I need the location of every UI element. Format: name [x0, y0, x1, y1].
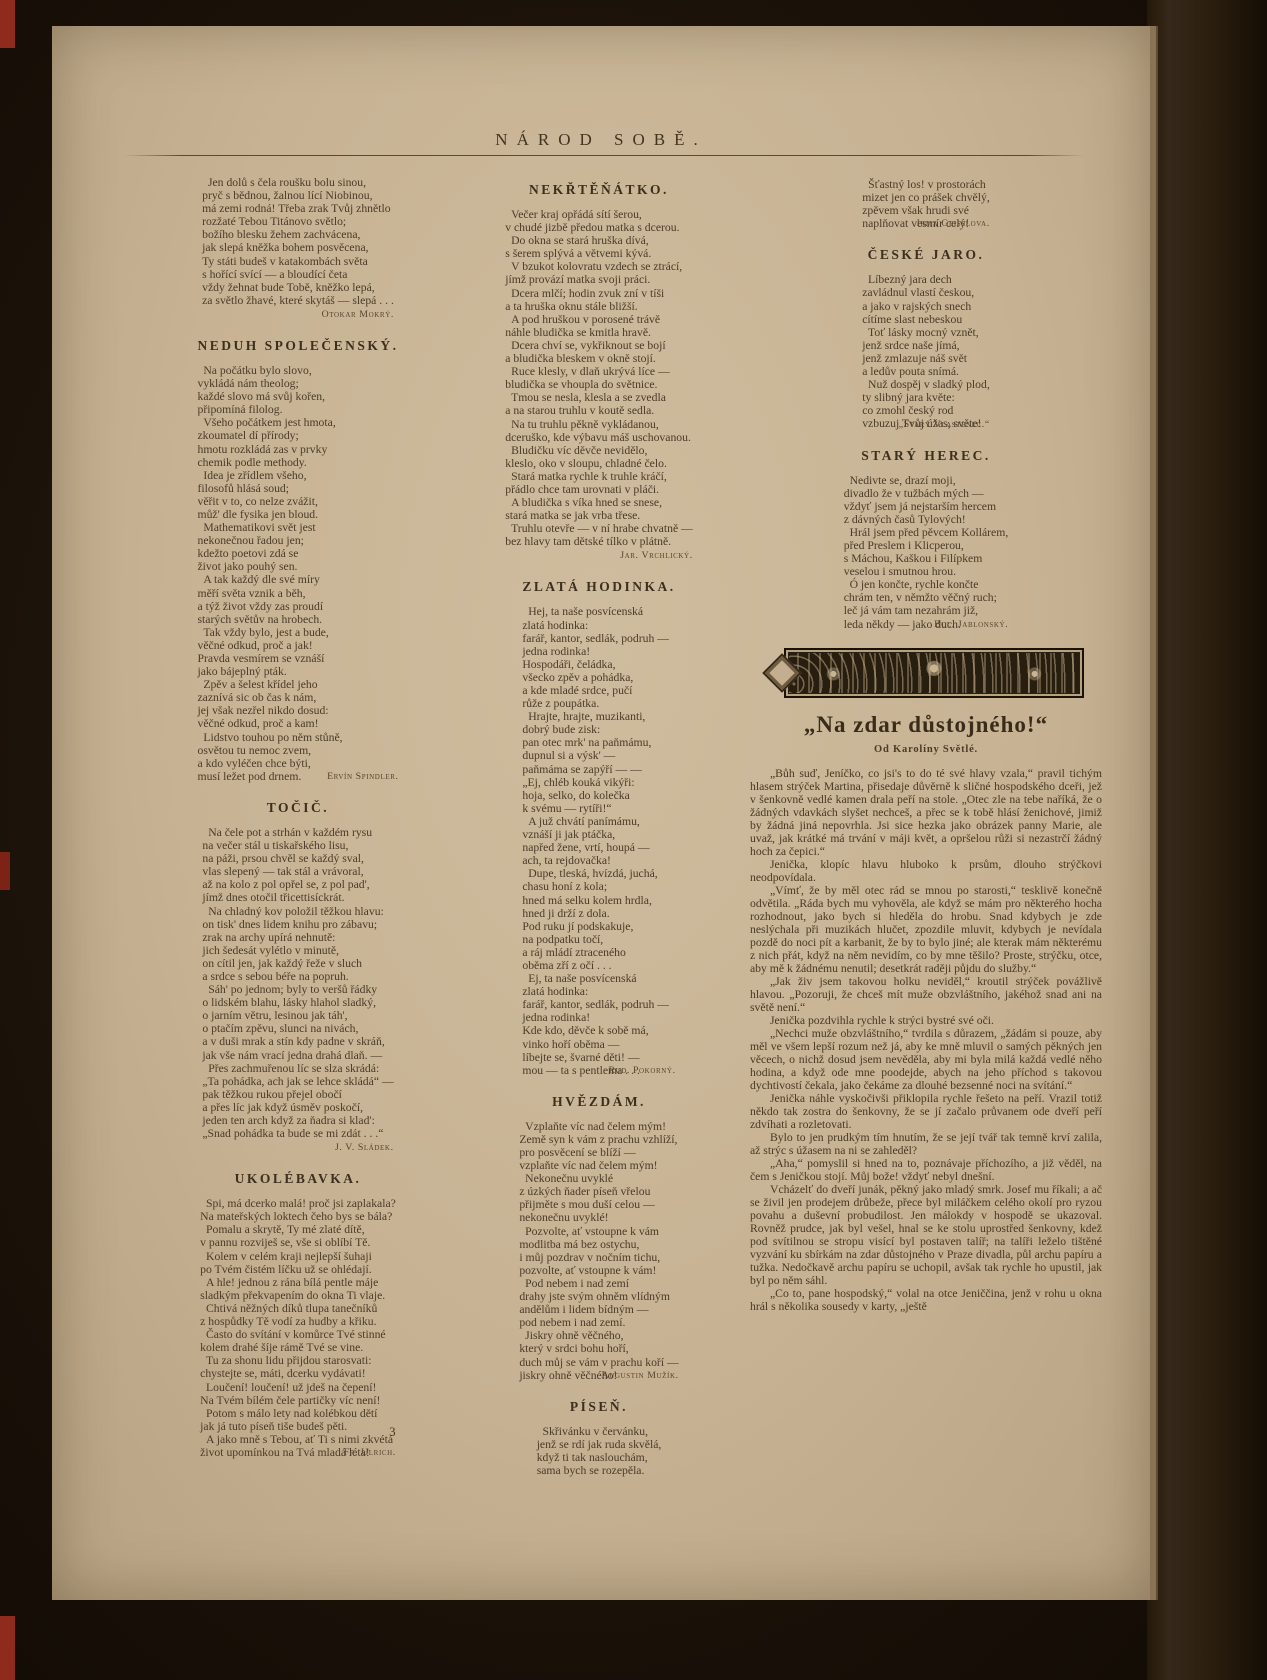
- poem-line: Šťastný los! v prostorách: [862, 178, 990, 191]
- poem-line: Potom s málo lety nad kolébkou dětí: [200, 1407, 396, 1420]
- poem-line: jeden ten arch když za ňadra si klad':: [202, 1114, 393, 1127]
- poem-line: Země syn k vám z prachu vzhlíží,: [519, 1133, 678, 1146]
- poem-line: „Ej, chléb kouká vikýři:: [522, 776, 675, 789]
- poem-line: A tak každý dle své míry: [197, 573, 398, 586]
- poem-line: a ráj mládí ztraceného: [522, 946, 675, 959]
- poem-section: ZLATÁ HODINKA. Hej, ta naše posvícenskáz…: [522, 579, 675, 1075]
- poem-line: Na tu truhlu pěkně vykládanou,: [505, 418, 693, 431]
- poem-line: po Tvém čistém líčku už se ohlédají.: [200, 1263, 396, 1276]
- poem-line: on cítil jen, jak každý řeže v sluch: [202, 957, 393, 970]
- poem-author: J. V. Sládek.: [202, 1142, 393, 1153]
- poem-line: růže z poupátka.: [522, 697, 675, 710]
- poem-line: jenž srdce naše jímá,: [862, 339, 990, 352]
- story-paragraph: „Aha,“ pomyslil si hned na to, poznávaje…: [750, 1157, 1102, 1183]
- poem-line: Do okna se stará hruška dívá,: [505, 234, 693, 247]
- poem-line: kleslo, oko v sloupu, chladné čelo.: [505, 457, 693, 470]
- poem-line: a ta hruška oknu stále bližší.: [505, 300, 693, 313]
- poem-line: Dupe, tleská, hvízdá, juchá,: [522, 867, 675, 880]
- poem-line: jej však nezřel nikdo dosud:: [197, 704, 398, 717]
- poem-line: zpěvem však hrudi své: [862, 204, 990, 217]
- poem-section: Šťastný los! v prostoráchmizet jen co pr…: [862, 178, 990, 229]
- poem-line: osvětou tu nemoc zvem,: [197, 744, 398, 757]
- poem-line: vzplaňte víc nad čelem mým!: [519, 1159, 678, 1172]
- poem-line: Ty státi budeš v katakombách světa: [202, 255, 394, 268]
- poem-line: s hořící svící — a bloudící četa: [202, 268, 394, 281]
- poem-line: božího blesku žehem zachvácena,: [202, 228, 394, 241]
- story-byline: Od Karolíny Světlé.: [750, 744, 1102, 755]
- poem-line: zaznívá sic ob čas k nám,: [197, 691, 398, 704]
- story-paragraph: Jenička, klopíc hlavu hluboko k prsům, d…: [750, 858, 1102, 884]
- poem-line: Dcera mlčí; hodin zvuk zní v tíši: [505, 287, 693, 300]
- poem-line: Ej, ta naše posvícenská: [522, 972, 675, 985]
- poem-line: stará matka se jak vrba třese.: [505, 509, 693, 522]
- poem-line: Líbezný jara dech: [862, 273, 990, 286]
- poem-line: starých světův na hrobech.: [197, 613, 398, 626]
- poem-line: vždyť jsem já nejstarším hercem: [844, 500, 1009, 513]
- poem-line: veselou i smutnou hrou.: [844, 565, 1009, 578]
- poem-line: dupnul si a výsk' —: [522, 749, 675, 762]
- poem-line: Jiskry ohně věčného,: [519, 1329, 678, 1342]
- poem-line: a týž život vždy zas proudí: [197, 600, 398, 613]
- poem-line: Tmou se nesla, klesla a se zvedla: [505, 391, 693, 404]
- poem-line: který v srdci bohu hoří,: [519, 1342, 678, 1355]
- poem-line: hned má selku kolem hrdla,: [522, 894, 675, 907]
- story-paragraph: Jenička pozdvihla rychle k strýci bystré…: [750, 1014, 1102, 1027]
- page-number: 3: [52, 1424, 733, 1440]
- poem-line: jich šedesát vylétlo v minutě,: [202, 944, 393, 957]
- poem-line: „Ta pohádka, ach jak se lehce skládá“ —: [202, 1075, 393, 1088]
- poem-author: Otokar Mokrý.: [202, 309, 394, 320]
- story-paragraph: „Jak živ jsem takovou holku neviděl,“ kr…: [750, 975, 1102, 1014]
- poem-line: Chtivá něžných díků tlupa tanečníků: [200, 1302, 396, 1315]
- poem-line: a jako v rajských snech: [862, 300, 990, 313]
- poem-line: hmotu rozkládá zas v prvky: [197, 443, 398, 456]
- column-3: Šťastný los! v prostoráchmizet jen co pr…: [750, 178, 1102, 1313]
- poem-line: kdežto poetovi zdá se: [197, 547, 398, 560]
- book-spine-mark: [0, 1616, 15, 1680]
- poem-line: jako bájeplný pták.: [197, 665, 398, 678]
- poem-line: v pannu rozviješ se, vše si oblíbí Tě.: [200, 1236, 396, 1249]
- column-2: NEKŘTĚŇÁTKO. Večer kraj opřádá sítí šero…: [452, 176, 746, 1495]
- poem-line: Večer kraj opřádá sítí šerou,: [505, 208, 693, 221]
- poem-section: NEDUH SPOLEČENSKÝ. Na počátku bylo slovo…: [197, 338, 398, 782]
- poem-line: A pod hruškou v porosené trávě: [505, 313, 693, 326]
- poem-title: ČESKÉ JARO.: [862, 247, 990, 263]
- book-spine-mark: [0, 852, 10, 890]
- poem-line: hoja, selko, do kolečka: [522, 789, 675, 802]
- poem-line: i můj pozdrav v nočním tichu,: [519, 1251, 678, 1264]
- poem-line: farář, kantor, sedlák, podruh —: [522, 632, 675, 645]
- poem-line: modlitba má bez ostychu,: [519, 1238, 678, 1251]
- poem-line: Kolem v celém kraji nejlepší šuhaji: [200, 1250, 396, 1263]
- poem-line: chrám ten, v němžto věčný ruch;: [844, 591, 1009, 604]
- poem-line: Přes zachmuřenou líc se slza skrádá:: [202, 1062, 393, 1075]
- poem-line: o jarním větru, lesinou jak táh',: [202, 1009, 393, 1022]
- poem-title: ZLATÁ HODINKA.: [522, 579, 675, 595]
- poem-line: a ledův pouta snímá.: [862, 365, 990, 378]
- poem-line: farář, kantor, sedlák, podruh —: [522, 998, 675, 1011]
- poem-line: přijměte s mou duší celou —: [519, 1198, 678, 1211]
- poem-line: Nekonečnu uvyklé: [519, 1172, 678, 1185]
- poem-line: měří světa vznik a běh,: [197, 587, 398, 600]
- poem-section: NEKŘTĚŇÁTKO. Večer kraj opřádá sítí šero…: [505, 182, 693, 561]
- poem-line: Hospodáři, čeládka,: [522, 658, 675, 671]
- poem-line: Kde kdo, děvče k sobě má,: [522, 1024, 675, 1037]
- poem-line: a bludička bleskem v okně stojí.: [505, 352, 693, 365]
- poem-line: Nuž dospěj v sladký plod,: [862, 378, 990, 391]
- poem-line: z úzkých ňader píseň vřelou: [519, 1185, 678, 1198]
- poem-line: mizet jen co prášek chvělý,: [862, 191, 990, 204]
- poem-title: TOČIČ.: [202, 800, 393, 816]
- poem-line: bludička se vhoupla do světnice.: [505, 378, 693, 391]
- poem-line: s šerem splývá a větvemi kývá.: [505, 247, 693, 260]
- poem-line: dobrý bude zisk:: [522, 723, 675, 736]
- poem-line: s Máchou, Kaškou i Filípkem: [844, 552, 1009, 565]
- poem-title: STARÝ HEREC.: [844, 448, 1009, 464]
- poem-line: Pod ruku jí podskakuje,: [522, 920, 675, 933]
- poem-line: on tisk' dnes lidem knihu pro zábavu;: [202, 918, 393, 931]
- poem-line: Jen dolů s čela roušku bolu sinou,: [202, 176, 394, 189]
- poem-line: Mathematikovi svět jest: [197, 521, 398, 534]
- poem-line: když ti tak naslouchám,: [537, 1451, 662, 1464]
- poem-line: před Preslem i Klicperou,: [844, 539, 1009, 552]
- poem-line: jenž zmlazuje náš svět: [862, 352, 990, 365]
- poem-line: jímž dnes otočil třicettisíckrát.: [202, 891, 393, 904]
- poem-line: připomíná filolog.: [197, 403, 398, 416]
- poem-line: Pravda vesmírem se vznáší: [197, 652, 398, 665]
- poem-line: filosofů hlásá soud;: [197, 482, 398, 495]
- poem-line: a na starou truhlu v koutě sedla.: [505, 404, 693, 417]
- poem-line: Na chladný kov položil těžkou hlavu:: [202, 905, 393, 918]
- poem-line: oběma zří z očí . . .: [522, 959, 675, 972]
- poem-line: co zmohl český rod: [862, 404, 990, 417]
- poem-title: NEDUH SPOLEČENSKÝ.: [197, 338, 398, 354]
- poem-title: HVĚZDÁM.: [519, 1094, 678, 1110]
- poem-line: „Snad pohádka ta bude se mi zdát . . .“: [202, 1127, 393, 1140]
- poem-line: přádlo chce tam urovnati v pláči.: [505, 483, 693, 496]
- story-section: „Na zdar důstojného!“Od Karolíny Světlé.…: [750, 712, 1102, 1313]
- poem-line: A juž chvátí panímámu,: [522, 815, 675, 828]
- poem-line: Hej, ta naše posvícenská: [522, 605, 675, 618]
- poem-line: Často do svítání v komůrce Tvé stinné: [200, 1328, 396, 1341]
- poem-line: sama bych se rozepěla.: [537, 1464, 662, 1477]
- poem-line: cítíme slast nebeskou: [862, 313, 990, 326]
- scanned-book-page: { "masthead": { "title": "NÁROD SOBĚ." }…: [0, 0, 1267, 1680]
- story-paragraph: Vcházelť do dveří junák, pěkný jako mlad…: [750, 1183, 1102, 1287]
- story-paragraph: „Co to, pane hospodský,“ volal na otce J…: [750, 1287, 1102, 1313]
- poem-line: a srdce s sebou béře na popruh.: [202, 970, 393, 983]
- poem-line: Všeho počátkem jest hmota,: [197, 416, 398, 429]
- poem-line: Idea je zřídlem všeho,: [197, 469, 398, 482]
- poem-line: Hrajte, hrajte, muzikanti,: [522, 710, 675, 723]
- poem-line: A hle! jednou z rána bílá pentle máje: [200, 1276, 396, 1289]
- poem-line: o lidském blahu, lásky hlahol sladký,: [202, 996, 393, 1009]
- poem-section: UKOLÉBAVKA. Spi, má dcerko malá! proč js…: [200, 1171, 396, 1458]
- poem-line: pod nebem i nad zemí.: [519, 1316, 678, 1329]
- poem-line: a kdo vyléčen chce býti,: [197, 757, 398, 770]
- poem-line: věčné odkud, proč a jak!: [197, 639, 398, 652]
- poem-line: Spi, má dcerko malá! proč jsi zaplakala?: [200, 1197, 396, 1210]
- poem-line: Vzplaňte víc nad čelem mým!: [519, 1120, 678, 1133]
- story-paragraph: „Nechci muže obzvláštního,“ tvrdila s dů…: [750, 1027, 1102, 1092]
- poem-line: v chudé jizbě předou matka s dcerou.: [505, 221, 693, 234]
- poem-line: Stará matka rychle k truhle kráčí,: [505, 470, 693, 483]
- poem-line: věřit v to, co nelze zvážit,: [197, 495, 398, 508]
- poem-line: pro posvěcení se blíží —: [519, 1146, 678, 1159]
- poem-line: a přes líc jak když úsměv poskočí,: [202, 1101, 393, 1114]
- poem-line: sladkým překvapením do okna Ti vlaje.: [200, 1289, 396, 1302]
- poem-title: PÍSEŇ.: [537, 1399, 662, 1415]
- poem-title: UKOLÉBAVKA.: [200, 1171, 396, 1187]
- poem-section: ČESKÉ JARO. Líbezný jara dechzavládnul v…: [862, 247, 990, 429]
- poem-line: Na mateřských loktech čeho bys se bála?: [200, 1210, 396, 1223]
- poem-line: Tu za shonu lidu přijdou starosvati:: [200, 1354, 396, 1367]
- poem-line: jedna rodinka!: [522, 1011, 675, 1024]
- poem-line: bez hlavy tam dětské tílko v plátně.: [505, 535, 693, 548]
- poem-line: zlatá hodinka:: [522, 985, 675, 998]
- column-1: Jen dolů s čela roušku bolu sinou,pryč s…: [152, 176, 444, 1476]
- poem-section: TOČIČ. Na čele pot a strhán v každém rys…: [202, 800, 393, 1153]
- poem-line: Pod nebem i nad zemí: [519, 1277, 678, 1290]
- poem-line: divadlo že v tužbách mých —: [844, 487, 1009, 500]
- poem-line: Tak vždy bylo, jest a bude,: [197, 626, 398, 639]
- poem-section: HVĚZDÁM. Vzplaňte víc nad čelem mým!Země…: [519, 1094, 678, 1381]
- poem-line: V bzukot kolovratu vzdech se ztrácí,: [505, 260, 693, 273]
- poem-line: Zpěv a šelest křídel jeho: [197, 678, 398, 691]
- masthead-rule: [124, 155, 1084, 156]
- poem-line: Pozvolte, ať vstoupne k vám: [519, 1225, 678, 1238]
- poem-line: všecko zpěv a pohádka,: [522, 671, 675, 684]
- ornament-engraving: [784, 648, 1084, 698]
- poem-line: Truhlu otevře — v ní hrabe chvatně —: [505, 522, 693, 535]
- poem-line: zlatá hodinka:: [522, 619, 675, 632]
- poem-line: věčné odkud, proč a kam!: [197, 717, 398, 730]
- poem-line: chystejte se, máti, dcerku vydávati!: [200, 1367, 396, 1380]
- poem-line: Ó jen končte, rychle končte: [844, 578, 1009, 591]
- poem-line: život jako pouhý sen.: [197, 560, 398, 573]
- poem-line: vlas slepený — tak stál a vrávoral,: [202, 865, 393, 878]
- poem-line: zrak na archy upírá nehnutě:: [202, 931, 393, 944]
- poem-line: ty slibný jara květe:: [862, 391, 990, 404]
- engraved-ornament-band: [768, 648, 1084, 698]
- poem-line: vždy žehnat bude Tobě, kněžko lepá,: [202, 281, 394, 294]
- poem-line: Loučení! loučení! už jdeš na čepení!: [200, 1381, 396, 1394]
- poem-line: vykládá nám theolog;: [197, 377, 398, 390]
- poem-line: a v duši mrak a stín kdy padne v skráň,: [202, 1035, 393, 1048]
- poem-line: andělům i lidem bídným —: [519, 1303, 678, 1316]
- poem-line: za světlo žhavé, které skytáš — slepá . …: [202, 294, 394, 307]
- poem-line: líbejte se, švarné děti! —: [522, 1051, 675, 1064]
- poem-line: vinko hoří oběma —: [522, 1038, 675, 1051]
- poem-line: na páži, prsou chvěl se každý sval,: [202, 852, 393, 865]
- poem-line: Bludičku víc děvče nevidělo,: [505, 444, 693, 457]
- poem-line: Pomalu a skrytě, Ty mé zlaté dítě,: [200, 1223, 396, 1236]
- poem-line: chasu honí z kola;: [522, 880, 675, 893]
- poem-line: chemik podle methody.: [197, 456, 398, 469]
- poem-line: Na čele pot a strhán v každém rysu: [202, 826, 393, 839]
- story-paragraph: Jenička náhle vyskočivši přiklopila rych…: [750, 1092, 1102, 1131]
- poem-line: pak těžkou rukou přejel obočí: [202, 1088, 393, 1101]
- poem-line: zkoumatel dí přírody;: [197, 429, 398, 442]
- poem-line: Nedivte se, drazí moji,: [844, 474, 1009, 487]
- poem-line: Ruce klesly, v dlaň ukrývá líce —: [505, 365, 693, 378]
- poem-line: Dcera chví se, vykřiknout se bojí: [505, 339, 693, 352]
- masthead-title: NÁROD SOBĚ.: [52, 130, 1150, 150]
- poem-line: z hospůdky Tě vodí za hudby a křiku.: [200, 1315, 396, 1328]
- poem-line: paňmáma se zapýří — —: [522, 763, 675, 776]
- poem-line: náhle bludička se kmitla hravě.: [505, 326, 693, 339]
- poem-line: jak slepá kněžka bohem posvěcena,: [202, 241, 394, 254]
- poem-line: zavládnul vlastí českou,: [862, 286, 990, 299]
- poem-line: a kde mladé srdce, pučí: [522, 684, 675, 697]
- poem-line: má zemi rodná! Třeba zrak Tvůj zhnětlo: [202, 202, 394, 215]
- poem-line: Na počátku bylo slovo,: [197, 364, 398, 377]
- poem-title: NEKŘTĚŇÁTKO.: [505, 182, 693, 198]
- poem-line: drahy jste svým ohněm vlídným: [519, 1290, 678, 1303]
- poem-line: na večer stál u tiskařského lisu,: [202, 839, 393, 852]
- poem-line: nekonečnou řadou jen;: [197, 534, 398, 547]
- poem-line: můž' dle fysika jen bloud.: [197, 508, 398, 521]
- poem-author: Jar. Vrchlický.: [505, 550, 693, 561]
- book-spine-mark: [0, 0, 15, 48]
- story-paragraph: „Vímť, že by měl otec rád se mnou po sta…: [750, 884, 1102, 975]
- poem-line: nekonečnu uvyklé!: [519, 1211, 678, 1224]
- poem-line: každé slovo má svůj kořen,: [197, 390, 398, 403]
- poem-line: ach, ta rejdovačka!: [522, 854, 675, 867]
- poem-line: o ptačím zpěvu, slunci na nivách,: [202, 1022, 393, 1035]
- poem-line: jak vše nám vrací jedna drahá dlaň. —: [202, 1049, 393, 1062]
- poem-line: z dávných časů Tylových!: [844, 513, 1009, 526]
- poem-line: Sáh' po jednom; byly to veršů řádky: [202, 983, 393, 996]
- poem-line: hned ji drží z dola.: [522, 907, 675, 920]
- story-paragraph: Bylo to jen prudkým tím hnutím, že se je…: [750, 1131, 1102, 1157]
- poem-line: Hrál jsem před pěvcem Kollárem,: [844, 526, 1009, 539]
- poem-line: pryč s bědnou, žalnou lící Niobinou,: [202, 189, 394, 202]
- poem-line: k svému — rytíři!“: [522, 802, 675, 815]
- poem-line: pozvolte, ať vstoupne k vám!: [519, 1264, 678, 1277]
- poem-line: pan otec mrk' na paňmámu,: [522, 736, 675, 749]
- poem-line: až na kolo z pol opřel se, z pol pad',: [202, 878, 393, 891]
- poem-line: vznáší ji jak ptáčka,: [522, 828, 675, 841]
- poem-line: dceruško, kde výbavu máš uschovanou.: [505, 431, 693, 444]
- poem-line: jímž provází matka svoji práci.: [505, 273, 693, 286]
- poem-line: duch můj se vám v prachu koří —: [519, 1356, 678, 1369]
- story-title: „Na zdar důstojného!“: [750, 712, 1102, 738]
- poem-line: jedna rodinka!: [522, 645, 675, 658]
- poem-section: Jen dolů s čela roušku bolu sinou,pryč s…: [202, 176, 394, 320]
- poem-line: Toť lásky mocný vznět,: [862, 326, 990, 339]
- poem-section: STARÝ HEREC. Nedivte se, drazí moji,diva…: [844, 448, 1009, 630]
- poem-line: Na Tvém bílém čele partičky víc není!: [200, 1394, 396, 1407]
- poem-line: napřed žene, vrtí, houpá —: [522, 841, 675, 854]
- page-surface: NÁROD SOBĚ. Jen dolů s čela roušku bolu …: [52, 26, 1150, 1600]
- poem-line: rozžaté Tebou Titánovo světlo;: [202, 215, 394, 228]
- poem-line: Lidstvo touhou po něm stůně,: [197, 731, 398, 744]
- poem-line: kolem drahé šíje rámě Tvé se vine.: [200, 1341, 396, 1354]
- story-paragraph: „Bůh suď, Jeníčko, co jsi's to do té své…: [750, 767, 1102, 858]
- book-cover-edge: [1147, 0, 1267, 1680]
- poem-line: A bludička s víka hned se snese,: [505, 496, 693, 509]
- poem-line: leč já vám tam nezahrám již,: [844, 604, 1009, 617]
- poem-line: na podpatku točí,: [522, 933, 675, 946]
